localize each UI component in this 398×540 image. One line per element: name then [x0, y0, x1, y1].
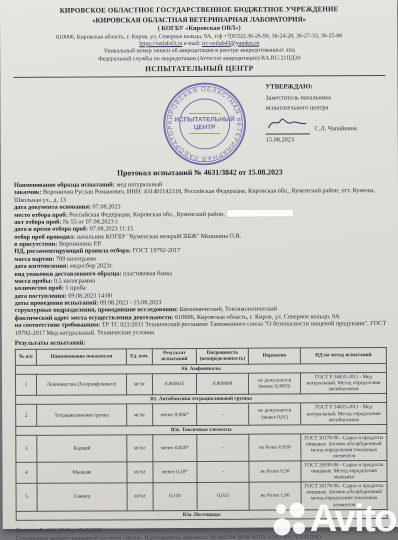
- table-header-row: № п/п Наименование показателя Ед. изм. Р…: [15, 347, 386, 365]
- col-norm: Норматив: [248, 348, 300, 364]
- results-table: № п/п Наименование показателя Ед. изм. Р…: [15, 347, 388, 521]
- sample-details: Наименование образца испытаний: мед нату…: [14, 180, 387, 337]
- org-short-name: ( КОГБУ «Кировская ОВЛ»): [13, 23, 385, 32]
- redaction-box: [227, 209, 293, 216]
- org-contacts-line: https://vetlab43.ru e-mail: ric-vetlab43…: [13, 39, 385, 47]
- stamp-center-line2: ЦЕНТР: [194, 124, 216, 131]
- table-row: 1 Левомицетин (Хлорамфеникол) мг/кг 0,00…: [15, 373, 386, 396]
- email-link: ric-vetlab43@yandex.ru: [202, 40, 259, 46]
- col-uncertainty: Погрешность (неопределенность): [196, 348, 248, 364]
- document-photo: КИРОВСКОЕ ОБЛАСТНОЕ ГОСУДАРСТВЕННОЕ БЮДЖ…: [0, 0, 398, 540]
- website-link: https://vetlab43.ru: [139, 41, 182, 47]
- stamp-center-line1: ИСПЫТАТЕЛЬНЫЙ: [174, 114, 235, 123]
- approver-name: С.Л. Чапайкина: [315, 124, 357, 134]
- results-heading: Результаты испытаний:: [15, 338, 387, 347]
- section-row: В3а. Пестициды: [16, 509, 387, 520]
- col-result: Результат испытаний: [152, 348, 196, 364]
- table-row: 5 Свинец мг/кг 0,130 0,013 не более 1,00…: [16, 482, 387, 511]
- document-footer: Протокол № 4631/3842 от 15.08.2023 Сгене…: [16, 526, 388, 540]
- testing-center-heading: ИСПЫТАТЕЛЬНЫЙ ЦЕНТР: [13, 63, 385, 74]
- approver-position-line2: испытательного центра: [266, 102, 398, 113]
- table-row: 3 Кадмий мг/кг менее 0,020* - не более 0…: [16, 433, 387, 462]
- approve-label: УТВЕРЖДАЮ:: [265, 82, 398, 93]
- approval-date: 15.08.2023: [266, 135, 398, 146]
- col-unit: Ед. изм.: [126, 349, 152, 365]
- round-stamp: КИРОВСКАЯ ОБЛАСТНАЯ ВЕТЕРИНАРНАЯ ЛАБОРАТ…: [161, 81, 247, 167]
- signature: [266, 116, 310, 134]
- protocol-paper: КИРОВСКОЕ ОБЛАСТНОЕ ГОСУДАРСТВЕННОЕ БЮДЖ…: [0, 0, 398, 529]
- detail-row: на соответствие требованиям: ТР ТС 021/2…: [15, 320, 387, 337]
- approval-block: УТВЕРЖДАЮ: Заместитель начальника испыта…: [265, 82, 398, 146]
- approver-position-line1: Заместитель начальника: [265, 92, 398, 103]
- accreditation-line1: Уникальный номер записи об аккредитации …: [13, 47, 385, 55]
- email-label: e-mail:: [184, 40, 201, 46]
- table-row: 2 Тетрациклиновая группа мг/кг менее 0,0…: [16, 403, 387, 426]
- approval-zone: КИРОВСКАЯ ОБЛАСТНАЯ ВЕТЕРИНАРНАЯ ЛАБОРАТ…: [13, 76, 385, 168]
- col-indicator: Наименование показателя: [36, 349, 126, 366]
- table-row: 4 Мышьяк мг/кг менее 0,10* - не более 0,…: [16, 461, 387, 484]
- protocol-title: Протокол испытаний № 4631/3842 от 15.08.…: [14, 167, 386, 178]
- col-num: № п/п: [15, 349, 36, 365]
- accreditation-line2: Федеральной службы по аккредитации (Атте…: [13, 54, 385, 62]
- org-name-line1: КИРОВСКОЕ ОБЛАСТНОЕ ГОСУДАРСТВЕННОЕ БЮДЖ…: [13, 5, 385, 15]
- col-method: НД на метод испытаний: [300, 347, 386, 364]
